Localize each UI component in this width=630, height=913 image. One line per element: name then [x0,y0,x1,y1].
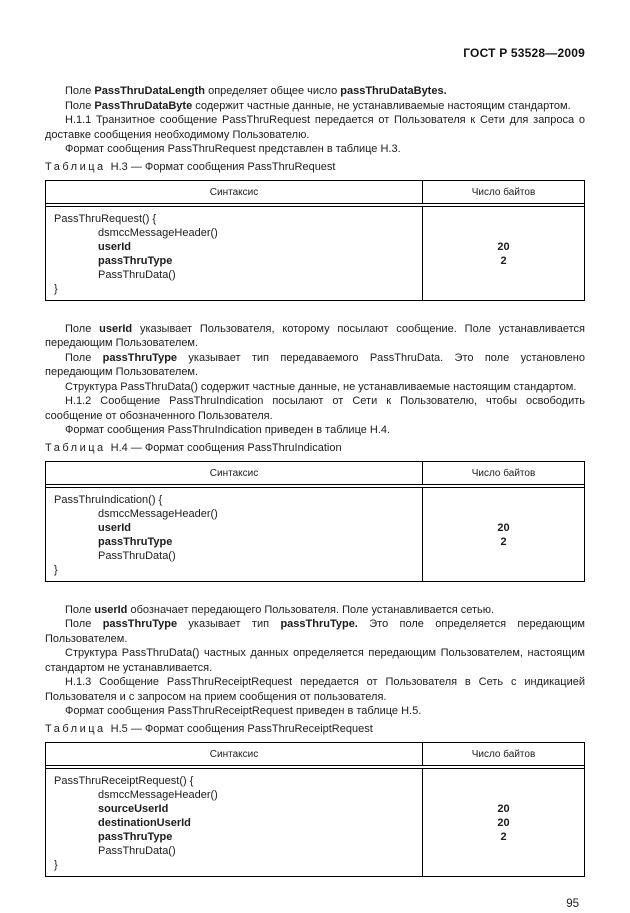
text-run: Поле [65,323,99,335]
text-run: Поле [65,604,94,616]
syntax-line: dsmccMessageHeader() [54,226,414,240]
message-format-table: СинтаксисЧисло байтовPassThruRequest() {… [45,180,585,301]
text-run: содержит частные данные, не устанавливае… [192,100,570,112]
syntax-line: } [54,858,414,872]
text-run: Структура PassThruData() содержит частны… [65,381,576,393]
table-header-row: СинтаксисЧисло байтов [46,181,584,207]
text-run: Поле [65,618,103,630]
syntax-line: sourceUserId [54,802,414,816]
column-header-syntax: Синтаксис [46,743,423,765]
bytes-value [423,858,584,872]
paragraph: Структура PassThruData() частных данных … [45,646,585,675]
bytes-value: 20 [423,816,584,830]
document-content: Поле PassThruDataLength определяет общее… [45,84,585,877]
message-format-table: СинтаксисЧисло байтовPassThruReceiptRequ… [45,742,585,877]
syntax-line: PassThruIndication() { [54,493,414,507]
bytes-cell: 202 [423,207,584,300]
bytes-value: 20 [423,521,584,535]
text-run: Н.1.1 Транзитное сообщение PassThruReque… [45,114,585,141]
syntax-line: PassThruReceiptRequest() { [54,774,414,788]
paragraph: Н.1.3 Сообщение PassThruReceiptRequest п… [45,675,585,704]
syntax-line: PassThruData() [54,844,414,858]
table-caption-text: Н.3 — Формат сообщения PassThruRequest [111,161,336,173]
syntax-line: userId [54,521,414,535]
text-run: Поле [65,85,94,97]
syntax-line: } [54,282,414,296]
bytes-value: 2 [423,535,584,549]
document-page: ГОСТ Р 53528—2009 Поле PassThruDataLengt… [0,0,630,913]
text-run: Формат сообщения PassThruRequest предста… [65,143,401,155]
syntax-cell: PassThruReceiptRequest() {dsmccMessageHe… [46,769,423,876]
message-format-table: СинтаксисЧисло байтовPassThruIndication(… [45,461,585,582]
bytes-value [423,774,584,788]
text-run: Формат сообщения PassThruIndication прив… [65,424,390,436]
text-run: Структура PassThruData() частных данных … [45,647,585,674]
table-caption-text: Н.4 — Формат сообщения PassThruIndicatio… [111,442,342,454]
bytes-cell: 202 [423,488,584,581]
table-body: PassThruIndication() {dsmccMessageHeader… [46,488,584,581]
bytes-value [423,549,584,563]
table-body: PassThruRequest() {dsmccMessageHeader()u… [46,207,584,300]
bold-run: PassThruDataLength [94,85,205,97]
bold-run: passThruType [103,618,177,630]
column-header-syntax: Синтаксис [46,181,423,203]
syntax-line: passThruType [54,254,414,268]
syntax-line: passThruType [54,535,414,549]
table-caption-label: Таблица [45,723,106,735]
bytes-value [423,226,584,240]
column-header-bytes: Число байтов [423,743,584,765]
bytes-value: 2 [423,830,584,844]
bold-run: passThruType. [280,618,357,630]
bytes-value [423,282,584,296]
paragraph: Н.1.1 Транзитное сообщение PassThruReque… [45,113,585,142]
table-caption-label: Таблица [45,161,106,173]
syntax-cell: PassThruIndication() {dsmccMessageHeader… [46,488,423,581]
syntax-line: } [54,563,414,577]
bytes-value: 2 [423,254,584,268]
text-run: Н.1.2 Сообщение PassThruIndication посыл… [45,395,585,422]
text-run: Формат сообщения PassThruReceiptRequest … [65,705,421,717]
bytes-value [423,493,584,507]
paragraph: Поле userId указывает Пользователя, кото… [45,322,585,351]
paragraph: Поле userId обозначает передающего Польз… [45,603,585,618]
bold-run: PassThruDataByte [94,100,192,112]
bold-run: userId [94,604,127,616]
table-caption: ТаблицаН.5 — Формат сообщения PassThruRe… [45,723,585,735]
page-number: 95 [45,898,585,910]
syntax-line: PassThruRequest() { [54,212,414,226]
syntax-line: dsmccMessageHeader() [54,788,414,802]
bytes-value: 20 [423,802,584,816]
bytes-value [423,212,584,226]
text-run: Поле [65,352,103,364]
text-run: определяет общее число [205,85,340,97]
syntax-line: passThruType [54,830,414,844]
bytes-value [423,507,584,521]
column-header-bytes: Число байтов [423,181,584,203]
paragraph: Структура PassThruData() содержит частны… [45,380,585,395]
syntax-line: PassThruData() [54,549,414,563]
bold-run: passThruType [103,352,177,364]
bytes-value [423,268,584,282]
paragraph: Поле PassThruDataLength определяет общее… [45,84,585,99]
syntax-line: dsmccMessageHeader() [54,507,414,521]
table-caption: ТаблицаН.4 — Формат сообщения PassThruIn… [45,442,585,454]
bytes-value: 20 [423,240,584,254]
syntax-line: destinationUserId [54,816,414,830]
bytes-value [423,788,584,802]
table-header-row: СинтаксисЧисло байтов [46,462,584,488]
table-body: PassThruReceiptRequest() {dsmccMessageHe… [46,769,584,876]
text-run: указывает тип [177,618,280,630]
document-code-header: ГОСТ Р 53528—2009 [45,46,585,60]
paragraph: Формат сообщения PassThruReceiptRequest … [45,704,585,719]
paragraph: Поле passThruType указывает тип передава… [45,351,585,380]
bytes-cell: 20202 [423,769,584,876]
paragraph: Формат сообщения PassThruRequest предста… [45,142,585,157]
bold-run: userId [99,323,132,335]
paragraph: Н.1.2 Сообщение PassThruIndication посыл… [45,394,585,423]
paragraph: Поле passThruType указывает тип passThru… [45,617,585,646]
bold-run: passThruDataBytes. [340,85,446,97]
column-header-bytes: Число байтов [423,462,584,484]
table-header-row: СинтаксисЧисло байтов [46,743,584,769]
paragraph: Поле PassThruDataByte содержит частные д… [45,99,585,114]
table-caption-text: Н.5 — Формат сообщения PassThruReceiptRe… [111,723,373,735]
syntax-cell: PassThruRequest() {dsmccMessageHeader()u… [46,207,423,300]
bytes-value [423,844,584,858]
column-header-syntax: Синтаксис [46,462,423,484]
syntax-line: userId [54,240,414,254]
table-caption: ТаблицаН.3 — Формат сообщения PassThruRe… [45,161,585,173]
text-run: Н.1.3 Сообщение PassThruReceiptRequest п… [45,676,585,703]
paragraph: Формат сообщения PassThruIndication прив… [45,423,585,438]
table-caption-label: Таблица [45,442,106,454]
syntax-line: PassThruData() [54,268,414,282]
text-run: обозначает передающего Пользователя. Пол… [127,604,494,616]
bytes-value [423,563,584,577]
text-run: Поле [65,100,94,112]
